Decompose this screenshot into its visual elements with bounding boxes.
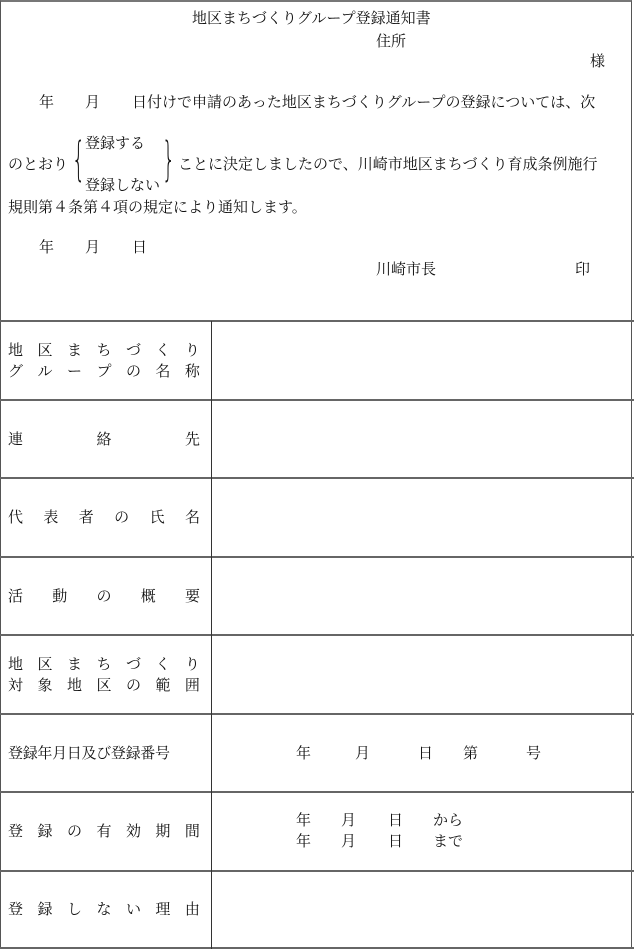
group-name-field[interactable] bbox=[213, 322, 631, 399]
address-label: 住所 bbox=[376, 34, 406, 49]
left-brace: { bbox=[72, 136, 85, 182]
label-contact: 連絡先 bbox=[8, 401, 200, 477]
line3-text: 規則第４条第４項の規定により通知します。 bbox=[8, 200, 307, 215]
line2-prefix: のとおり bbox=[8, 157, 68, 172]
label-registration-date-number: 登録年月日及び登録番号 bbox=[8, 715, 200, 791]
target-area-field[interactable] bbox=[213, 636, 631, 713]
rejection-reason-field[interactable] bbox=[213, 872, 631, 947]
right-brace: } bbox=[162, 136, 175, 182]
activity-summary-field[interactable] bbox=[213, 558, 631, 634]
date-year: 年 bbox=[39, 240, 54, 255]
representative-field[interactable] bbox=[213, 479, 631, 556]
line1-month: 月 bbox=[85, 95, 100, 110]
column-divider bbox=[211, 321, 212, 949]
notice-header: 地区まちづくりグループ登録通知書 住所 様 年 月 日付けで申請のあった地区まち… bbox=[0, 0, 634, 321]
divider bbox=[0, 947, 634, 949]
date-day: 日 bbox=[132, 240, 147, 255]
choice-not-register: 登録しない bbox=[85, 178, 160, 193]
line1-year: 年 bbox=[39, 95, 54, 110]
contact-field[interactable] bbox=[213, 401, 631, 477]
signer: 川崎市長 bbox=[376, 262, 436, 277]
label-target-area: 地区まちづくり 対象地区の範囲 bbox=[8, 636, 200, 713]
label-validity-period: 登録の有効期間 bbox=[8, 793, 200, 870]
label-representative: 代表者の氏名 bbox=[8, 479, 200, 556]
label-rejection-reason: 登録しない理由 bbox=[8, 872, 200, 947]
label-group-name: 地区まちづくり グループの名称 bbox=[8, 322, 200, 399]
honorific: 様 bbox=[590, 54, 605, 69]
line2-text: ことに決定しましたので、川崎市地区まちづくり育成条例施行 bbox=[178, 157, 598, 172]
date-month: 月 bbox=[85, 240, 100, 255]
seal-mark: 印 bbox=[575, 262, 590, 277]
line1-text: 日付けで申請のあった地区まちづくりグループの登録については、次 bbox=[132, 95, 595, 110]
document-title: 地区まちづくりグループ登録通知書 bbox=[192, 11, 431, 26]
label-activity-summary: 活動の概要 bbox=[8, 558, 200, 634]
choice-register: 登録する bbox=[85, 136, 145, 151]
